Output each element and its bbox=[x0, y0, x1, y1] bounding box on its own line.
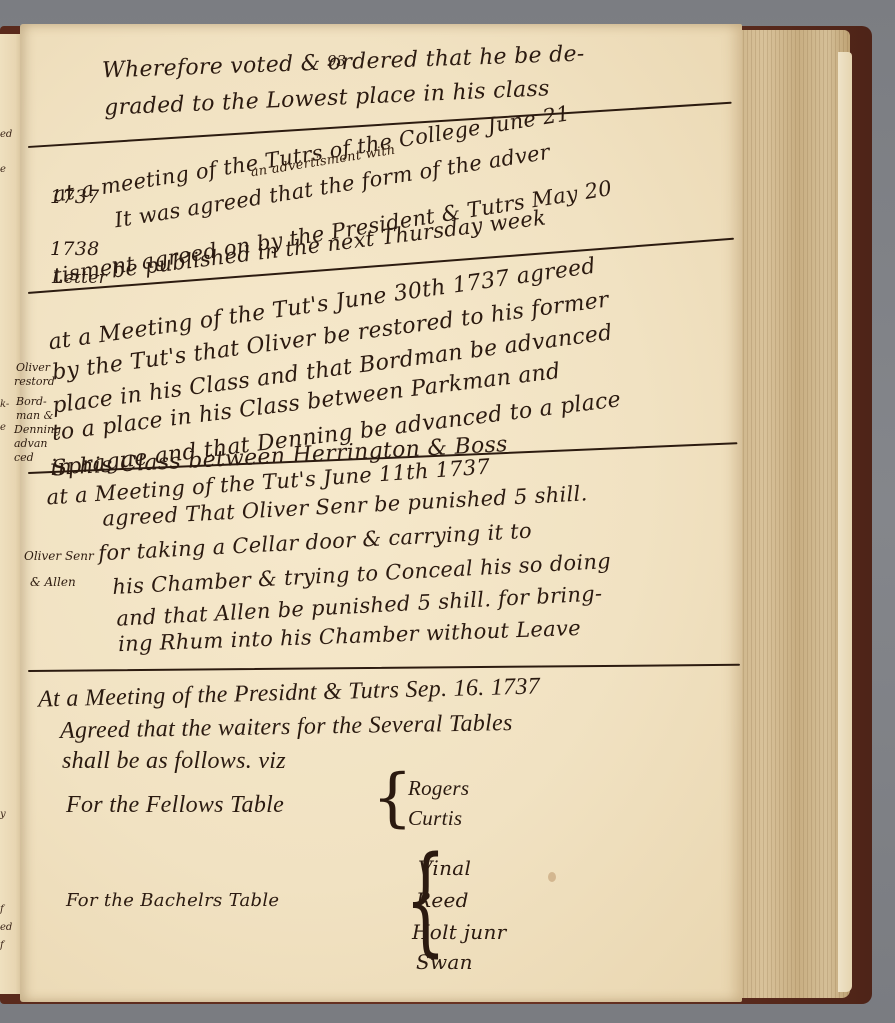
entry-2-date-margin: Letter bbox=[52, 268, 107, 288]
page-fore-edge-inner bbox=[838, 52, 852, 992]
margin-note: restord bbox=[14, 376, 55, 387]
entry-2-date-margin: 1738 bbox=[50, 238, 100, 260]
ink-stain bbox=[548, 872, 556, 882]
left-page-fragment: f bbox=[0, 904, 20, 915]
entry-5-line: shall be as follows. viz bbox=[62, 748, 286, 775]
brace-icon: { bbox=[372, 766, 413, 830]
margin-note: ced bbox=[14, 452, 34, 463]
margin-note: Oliver bbox=[16, 362, 50, 373]
left-page-fragment: e bbox=[0, 164, 20, 175]
margin-note: Bord- bbox=[16, 396, 47, 407]
waiter-name: Reed bbox=[416, 888, 469, 912]
margin-note: advan bbox=[14, 438, 47, 449]
left-page-fragment: ed bbox=[0, 129, 20, 140]
waiter-name: Curtis bbox=[408, 806, 462, 831]
entry-2-date-margin: 1737 bbox=[50, 186, 100, 208]
entry-5-line: At a Meeting of the Presidnt & Tutrs Sep… bbox=[38, 673, 541, 713]
margin-note: man & bbox=[16, 410, 53, 421]
manuscript-page: 93 Wherefore voted & ordered that he be … bbox=[20, 24, 742, 1002]
left-page-fragment: ed bbox=[0, 922, 20, 933]
margin-note: & Allen bbox=[30, 576, 76, 588]
entry-5-line: Agreed that the waiters for the Several … bbox=[60, 710, 513, 745]
left-page-fragment: f bbox=[0, 940, 20, 951]
fellows-table-label: For the Fellows Table bbox=[66, 792, 284, 819]
margin-note: Oliver Senr bbox=[24, 550, 94, 562]
waiter-name: Holt junr bbox=[412, 920, 507, 944]
bachelors-table-label: For the Bachelrs Table bbox=[66, 890, 279, 911]
waiter-name: Vinal bbox=[418, 856, 471, 880]
waiter-name: Swan bbox=[416, 950, 473, 974]
section-divider bbox=[28, 664, 740, 672]
left-page-fragment: y bbox=[0, 809, 20, 820]
margin-note: Denning bbox=[14, 424, 61, 435]
waiter-name: Rogers bbox=[408, 776, 469, 801]
page-fore-edge bbox=[735, 30, 850, 998]
